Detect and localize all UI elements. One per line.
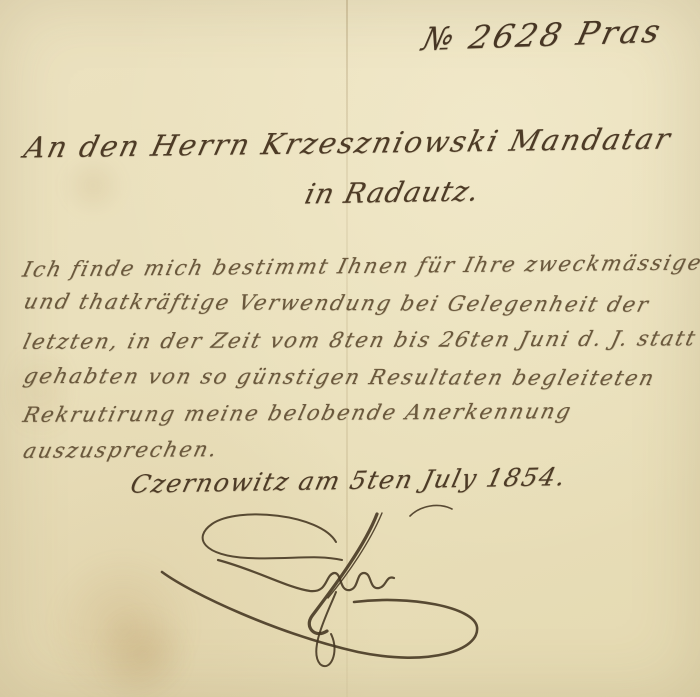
body-line: Ich finde mich bestimmt Ihnen für Ihre z… — [20, 250, 700, 281]
body-line: und thatkräftige Verwendung bei Gelegenh… — [21, 289, 652, 316]
foxing-stain — [58, 158, 128, 213]
document-page: № 2628 Pras An den Herrn Krzeszniowski M… — [0, 0, 700, 697]
reference-number: № 2628 Pras — [419, 12, 667, 58]
body-line: gehabten von so günstigen Resultaten beg… — [21, 364, 658, 390]
body-line: Rekrutirung meine belobende Anerkennung — [21, 399, 575, 427]
signature-flourish — [158, 500, 503, 678]
signature-stroke — [410, 505, 452, 516]
signature-stroke — [316, 592, 336, 666]
signature-stroke — [218, 560, 394, 591]
signature-stroke — [162, 572, 477, 658]
recipient-line: An den Herrn Krzeszniowski Mandatar — [21, 122, 675, 165]
recipient-place: in Radautz. — [302, 174, 483, 210]
body-line: letzten, in der Zeit vom 8ten bis 26ten … — [21, 326, 700, 354]
body-line: auszusprechen. — [21, 437, 221, 463]
signature-stroke — [203, 514, 342, 560]
dateline: Czernowitz am 5ten July 1854. — [128, 462, 570, 499]
